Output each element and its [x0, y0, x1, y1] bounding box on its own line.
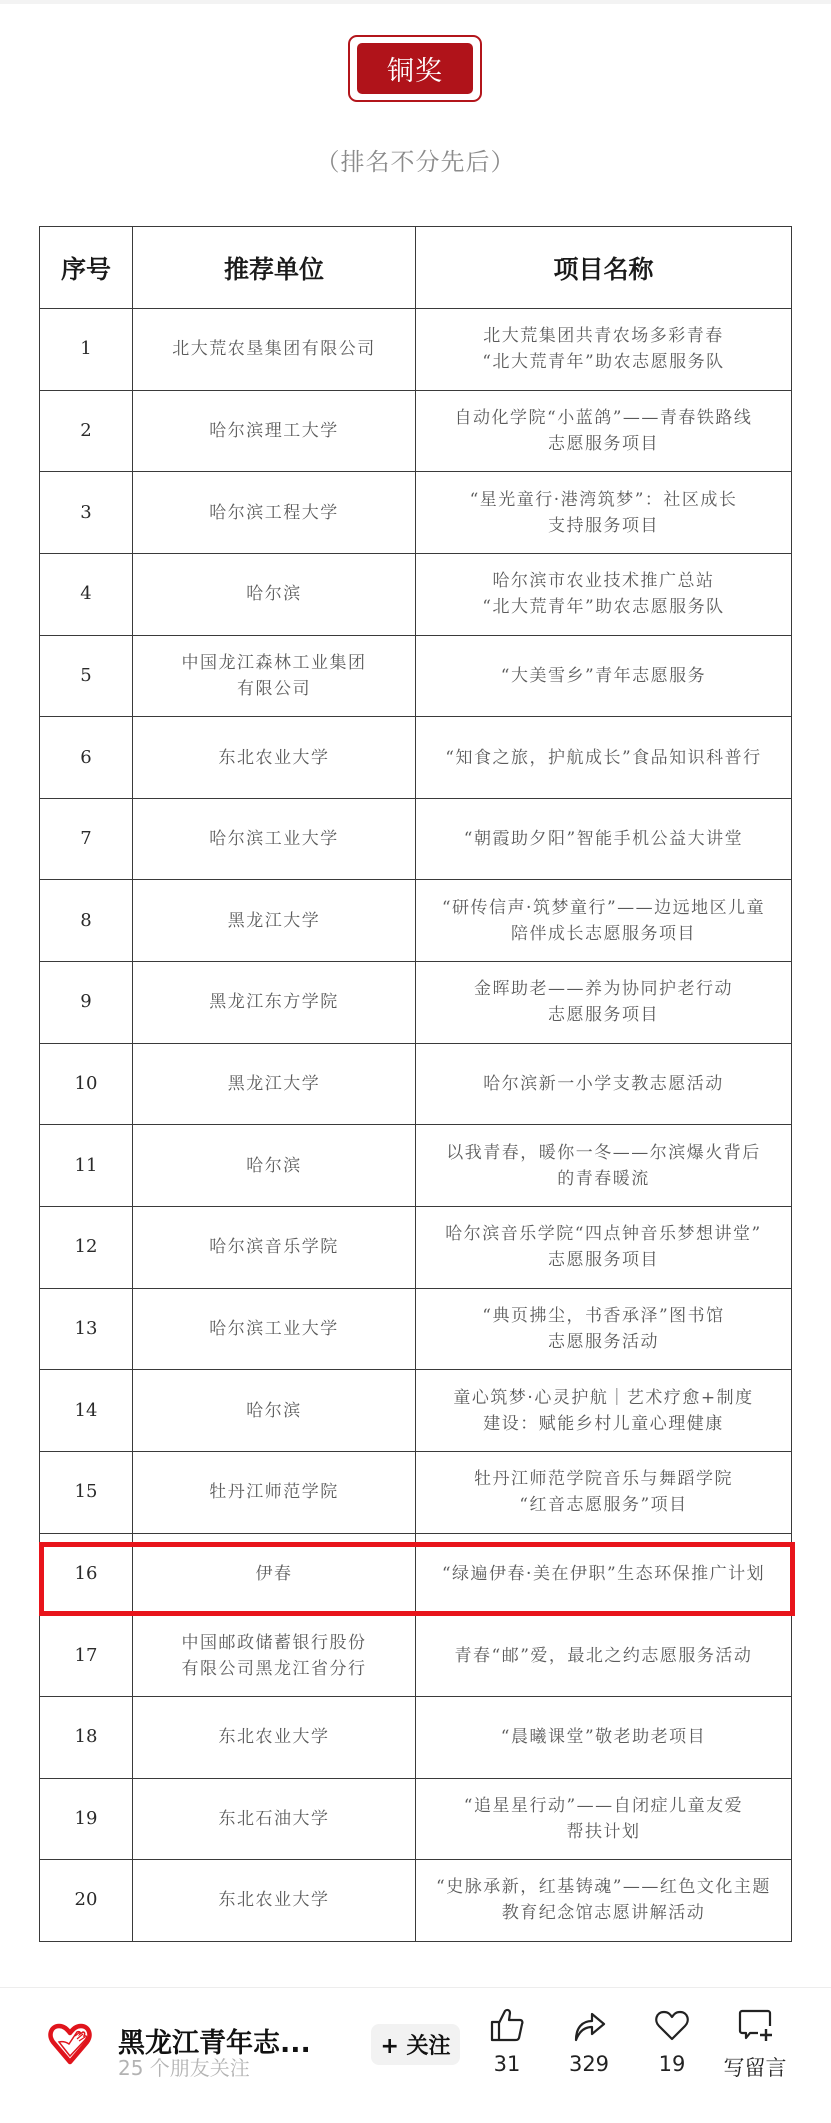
- project-name: 金晖助老——养为协同护老行动志愿服务项目: [416, 962, 792, 1044]
- ranking-note: （排名不分先后）: [0, 142, 831, 177]
- table-row: 7哈尔滨工业大学“朝霞助夕阳”智能手机公益大讲堂: [40, 798, 792, 880]
- project-line: “大美雪乡”青年志愿服务: [424, 663, 783, 689]
- row-number: 2: [40, 390, 133, 472]
- project-name: 北大荒集团共青农场多彩青春“北大荒青年”助农志愿服务队: [416, 309, 792, 391]
- project-line: 童心筑梦·心灵护航｜艺术疗愈+制度: [424, 1385, 783, 1411]
- recommending-unit: 东北石油大学: [133, 1778, 416, 1860]
- project-line: 牡丹江师范学院音乐与舞蹈学院: [424, 1466, 783, 1492]
- unit-line: 牡丹江师范学院: [141, 1479, 407, 1505]
- row-number: 16: [40, 1533, 133, 1615]
- like-button[interactable]: 31: [467, 2004, 547, 2090]
- recommending-unit: 黑龙江大学: [133, 1043, 416, 1125]
- unit-line: 哈尔滨音乐学院: [141, 1234, 407, 1260]
- heart-icon: [653, 2006, 691, 2044]
- awards-table: 序号 推荐单位 项目名称 1北大荒农垦集团有限公司北大荒集团共青农场多彩青春“北…: [39, 226, 792, 1942]
- recommending-unit: 哈尔滨工业大学: [133, 1288, 416, 1370]
- table-row: 14哈尔滨童心筑梦·心灵护航｜艺术疗愈+制度建设：赋能乡村儿童心理健康: [40, 1370, 792, 1452]
- recommending-unit: 哈尔滨工程大学: [133, 472, 416, 554]
- project-line: “典页拂尘，书香承泽”图书馆: [424, 1303, 783, 1329]
- table-row: 8黑龙江大学“研传信声·筑梦童行”——边远地区儿童陪伴成长志愿服务项目: [40, 880, 792, 962]
- unit-line: 哈尔滨工业大学: [141, 1316, 407, 1342]
- like-count: 31: [494, 2052, 521, 2076]
- recommending-unit: 东北农业大学: [133, 1696, 416, 1778]
- unit-line: 哈尔滨: [141, 581, 407, 607]
- row-number: 19: [40, 1778, 133, 1860]
- project-name: “追星星行动”——自闭症儿童友爱帮扶计划: [416, 1778, 792, 1860]
- row-number: 4: [40, 553, 133, 635]
- project-line: 志愿服务活动: [424, 1329, 783, 1355]
- table-row: 9黑龙江东方学院金晖助老——养为协同护老行动志愿服务项目: [40, 962, 792, 1044]
- share-count: 329: [569, 2052, 609, 2076]
- table-row: 11哈尔滨以我青春，暖你一冬——尔滨爆火背后的青春暖流: [40, 1125, 792, 1207]
- project-line: “朝霞助夕阳”智能手机公益大讲堂: [424, 826, 783, 852]
- thumbs-up-icon: [488, 2006, 526, 2044]
- project-name: “绿遍伊春·美在伊职”生态环保推广计划: [416, 1533, 792, 1615]
- unit-line: 东北农业大学: [141, 745, 407, 771]
- unit-line: 东北石油大学: [141, 1806, 407, 1832]
- recommending-unit: 黑龙江东方学院: [133, 962, 416, 1044]
- comment-label: 写留言: [724, 2052, 787, 2082]
- unit-line: 有限公司: [141, 676, 407, 702]
- top-divider: [0, 0, 831, 4]
- project-line: 哈尔滨新一小学支教志愿活动: [424, 1071, 783, 1097]
- table-row: 1北大荒农垦集团有限公司北大荒集团共青农场多彩青春“北大荒青年”助农志愿服务队: [40, 309, 792, 391]
- recommending-unit: 北大荒农垦集团有限公司: [133, 309, 416, 391]
- project-line: 以我青春，暖你一冬——尔滨爆火背后: [424, 1140, 783, 1166]
- project-line: 支持服务项目: [424, 513, 783, 539]
- recommending-unit: 牡丹江师范学院: [133, 1451, 416, 1533]
- followers-count: 25 个朋友关注: [118, 2052, 250, 2081]
- row-number: 10: [40, 1043, 133, 1125]
- header-unit: 推荐单位: [133, 227, 416, 309]
- project-name: 以我青春，暖你一冬——尔滨爆火背后的青春暖流: [416, 1125, 792, 1207]
- project-line: 建设：赋能乡村儿童心理健康: [424, 1411, 783, 1437]
- project-name: “研传信声·筑梦童行”——边远地区儿童陪伴成长志愿服务项目: [416, 880, 792, 962]
- row-number: 3: [40, 472, 133, 554]
- project-line: 金晖助老——养为协同护老行动: [424, 976, 783, 1002]
- project-line: 哈尔滨音乐学院“四点钟音乐梦想讲堂”: [424, 1221, 783, 1247]
- project-line: “研传信声·筑梦童行”——边远地区儿童: [424, 895, 783, 921]
- table-header-row: 序号 推荐单位 项目名称: [40, 227, 792, 309]
- project-name: 哈尔滨市农业技术推广总站“北大荒青年”助农志愿服务队: [416, 553, 792, 635]
- row-number: 20: [40, 1860, 133, 1942]
- project-line: 的青春暖流: [424, 1166, 783, 1192]
- project-name: 青春“邮”爱，最北之约志愿服务活动: [416, 1615, 792, 1697]
- row-number: 13: [40, 1288, 133, 1370]
- project-line: “北大荒青年”助农志愿服务队: [424, 349, 783, 375]
- award-badge: 铜奖: [348, 35, 482, 102]
- recommending-unit: 哈尔滨工业大学: [133, 798, 416, 880]
- unit-line: 东北农业大学: [141, 1887, 407, 1913]
- table-row: 15牡丹江师范学院牡丹江师范学院音乐与舞蹈学院“红音志愿服务”项目: [40, 1451, 792, 1533]
- project-line: 教育纪念馆志愿讲解活动: [424, 1900, 783, 1926]
- follow-button[interactable]: + 关注: [371, 2024, 460, 2065]
- row-number: 14: [40, 1370, 133, 1452]
- project-name: “典页拂尘，书香承泽”图书馆志愿服务活动: [416, 1288, 792, 1370]
- table-row: 16伊春“绿遍伊春·美在伊职”生态环保推广计划: [40, 1533, 792, 1615]
- unit-line: 黑龙江大学: [141, 908, 407, 934]
- recommending-unit: 哈尔滨: [133, 553, 416, 635]
- table-row: 12哈尔滨音乐学院哈尔滨音乐学院“四点钟音乐梦想讲堂”志愿服务项目: [40, 1207, 792, 1289]
- recommending-unit: 哈尔滨: [133, 1125, 416, 1207]
- project-name: 哈尔滨新一小学支教志愿活动: [416, 1043, 792, 1125]
- unit-line: 北大荒农垦集团有限公司: [141, 336, 407, 362]
- project-line: 志愿服务项目: [424, 431, 783, 457]
- project-name: “星光童行·港湾筑梦”：社区成长支持服务项目: [416, 472, 792, 554]
- project-line: “星光童行·港湾筑梦”：社区成长: [424, 487, 783, 513]
- row-number: 6: [40, 717, 133, 799]
- table-row: 4哈尔滨哈尔滨市农业技术推广总站“北大荒青年”助农志愿服务队: [40, 553, 792, 635]
- unit-line: 伊春: [141, 1561, 407, 1587]
- recommending-unit: 中国龙江森林工业集团有限公司: [133, 635, 416, 717]
- unit-line: 有限公司黑龙江省分行: [141, 1656, 407, 1682]
- project-line: 志愿服务项目: [424, 1247, 783, 1273]
- row-number: 9: [40, 962, 133, 1044]
- project-name: 童心筑梦·心灵护航｜艺术疗愈+制度建设：赋能乡村儿童心理健康: [416, 1370, 792, 1452]
- project-line: 志愿服务项目: [424, 1002, 783, 1028]
- table-row: 19东北石油大学“追星星行动”——自闭症儿童友爱帮扶计划: [40, 1778, 792, 1860]
- project-name: “知食之旅，护航成长”食品知识科普行: [416, 717, 792, 799]
- project-name: “晨曦课堂”敬老助老项目: [416, 1696, 792, 1778]
- unit-line: 哈尔滨理工大学: [141, 418, 407, 444]
- table-row: 13哈尔滨工业大学“典页拂尘，书香承泽”图书馆志愿服务活动: [40, 1288, 792, 1370]
- project-line: 哈尔滨市农业技术推广总站: [424, 568, 783, 594]
- favorite-count: 19: [659, 2052, 686, 2076]
- project-name: 牡丹江师范学院音乐与舞蹈学院“红音志愿服务”项目: [416, 1451, 792, 1533]
- table-row: 17中国邮政储蓄银行股份有限公司黑龙江省分行青春“邮”爱，最北之约志愿服务活动: [40, 1615, 792, 1697]
- table-row: 2哈尔滨理工大学自动化学院“小蓝鸽”——青春铁路线志愿服务项目: [40, 390, 792, 472]
- project-name: 哈尔滨音乐学院“四点钟音乐梦想讲堂”志愿服务项目: [416, 1207, 792, 1289]
- comment-add-icon: [736, 2006, 774, 2044]
- project-line: “追星星行动”——自闭症儿童友爱: [424, 1793, 783, 1819]
- share-button[interactable]: 329: [549, 2004, 629, 2090]
- unit-line: 哈尔滨工程大学: [141, 500, 407, 526]
- project-line: “红音志愿服务”项目: [424, 1492, 783, 1518]
- recommending-unit: 东北农业大学: [133, 717, 416, 799]
- recommending-unit: 哈尔滨理工大学: [133, 390, 416, 472]
- project-name: 自动化学院“小蓝鸽”——青春铁路线志愿服务项目: [416, 390, 792, 472]
- project-line: “晨曦课堂”敬老助老项目: [424, 1724, 783, 1750]
- share-icon: [570, 2006, 608, 2044]
- unit-line: 东北农业大学: [141, 1724, 407, 1750]
- unit-line: 黑龙江东方学院: [141, 989, 407, 1015]
- project-line: 帮扶计划: [424, 1819, 783, 1845]
- row-number: 8: [40, 880, 133, 962]
- row-number: 12: [40, 1207, 133, 1289]
- project-line: 自动化学院“小蓝鸽”——青春铁路线: [424, 405, 783, 431]
- table-row: 6东北农业大学“知食之旅，护航成长”食品知识科普行: [40, 717, 792, 799]
- recommending-unit: 东北农业大学: [133, 1860, 416, 1942]
- heart-hand-logo-icon[interactable]: [47, 2020, 93, 2066]
- project-name: “朝霞助夕阳”智能手机公益大讲堂: [416, 798, 792, 880]
- project-line: “绿遍伊春·美在伊职”生态环保推广计划: [424, 1561, 783, 1587]
- comment-button[interactable]: 写留言: [715, 2004, 795, 2090]
- row-number: 11: [40, 1125, 133, 1207]
- unit-line: 哈尔滨工业大学: [141, 826, 407, 852]
- row-number: 5: [40, 635, 133, 717]
- row-number: 17: [40, 1615, 133, 1697]
- table-body: 1北大荒农垦集团有限公司北大荒集团共青农场多彩青春“北大荒青年”助农志愿服务队2…: [40, 309, 792, 1942]
- project-line: “北大荒青年”助农志愿服务队: [424, 594, 783, 620]
- unit-line: 哈尔滨: [141, 1153, 407, 1179]
- project-line: “史脉承新，红基铸魂”——红色文化主题: [424, 1874, 783, 1900]
- header-number: 序号: [40, 227, 133, 309]
- table-row: 5中国龙江森林工业集团有限公司“大美雪乡”青年志愿服务: [40, 635, 792, 717]
- unit-line: 中国邮政储蓄银行股份: [141, 1630, 407, 1656]
- row-number: 18: [40, 1696, 133, 1778]
- recommending-unit: 伊春: [133, 1533, 416, 1615]
- recommending-unit: 中国邮政储蓄银行股份有限公司黑龙江省分行: [133, 1615, 416, 1697]
- table-row: 18东北农业大学“晨曦课堂”敬老助老项目: [40, 1696, 792, 1778]
- table-row: 3哈尔滨工程大学“星光童行·港湾筑梦”：社区成长支持服务项目: [40, 472, 792, 554]
- unit-line: 中国龙江森林工业集团: [141, 650, 407, 676]
- table-row: 20东北农业大学“史脉承新，红基铸魂”——红色文化主题教育纪念馆志愿讲解活动: [40, 1860, 792, 1942]
- project-name: “史脉承新，红基铸魂”——红色文化主题教育纪念馆志愿讲解活动: [416, 1860, 792, 1942]
- header-project: 项目名称: [416, 227, 792, 309]
- unit-line: 黑龙江大学: [141, 1071, 407, 1097]
- project-line: 陪伴成长志愿服务项目: [424, 921, 783, 947]
- award-title: 铜奖: [357, 43, 473, 94]
- recommending-unit: 哈尔滨音乐学院: [133, 1207, 416, 1289]
- unit-line: 哈尔滨: [141, 1398, 407, 1424]
- row-number: 1: [40, 309, 133, 391]
- project-line: 青春“邮”爱，最北之约志愿服务活动: [424, 1643, 783, 1669]
- project-line: “知食之旅，护航成长”食品知识科普行: [424, 745, 783, 771]
- recommending-unit: 黑龙江大学: [133, 880, 416, 962]
- footer-divider: [0, 1987, 831, 1988]
- project-name: “大美雪乡”青年志愿服务: [416, 635, 792, 717]
- recommending-unit: 哈尔滨: [133, 1370, 416, 1452]
- row-number: 15: [40, 1451, 133, 1533]
- favorite-button[interactable]: 19: [632, 2004, 712, 2090]
- table-row: 10黑龙江大学哈尔滨新一小学支教志愿活动: [40, 1043, 792, 1125]
- row-number: 7: [40, 798, 133, 880]
- project-line: 北大荒集团共青农场多彩青春: [424, 323, 783, 349]
